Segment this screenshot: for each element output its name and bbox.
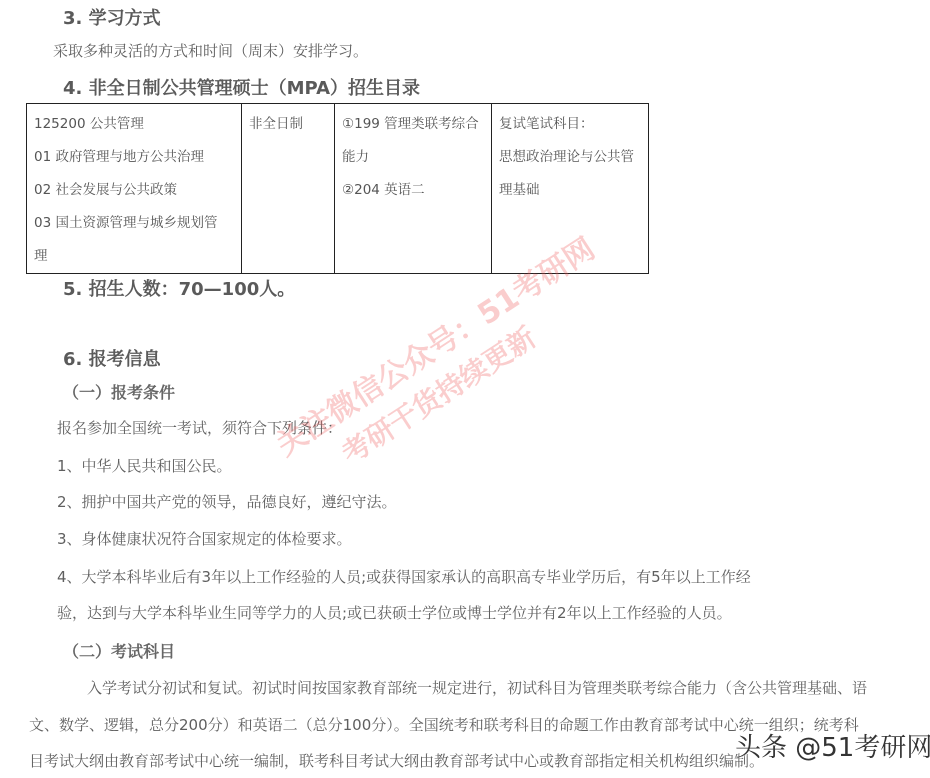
subsection-conditions-title: （一）报考条件: [63, 380, 175, 403]
major-direction-03-cont: 理: [34, 240, 234, 273]
condition-item: 1、中华人民共和国公民。: [57, 455, 232, 476]
subsection-exam-subjects-title: （二）考试科目: [63, 639, 175, 662]
section-3-title: 3. 学习方式: [63, 4, 161, 30]
condition-item: 3、身体健康状况符合国家规定的体检要求。: [57, 528, 352, 549]
retest-subject-cont: 理基础: [499, 174, 641, 207]
major-direction-01: 01 政府管理与地方公共治理: [34, 141, 234, 174]
section-6-title: 6. 报考信息: [63, 345, 161, 371]
exam-subject-2: ②204 英语二: [342, 174, 484, 207]
exam-paragraph-line: 目考试大纲由教育部考试中心统一编制，联考科目考试大纲由教育部考试中心或教育部指定…: [29, 750, 764, 771]
exam-subject-1: ①199 管理类联考综合: [342, 108, 484, 141]
condition-item: 4、大学本科毕业后有3年以上工作经验的人员;或获得国家承认的高职高专毕业学历后，…: [57, 566, 751, 587]
toutiao-logo-watermark: 头条 @51考研网: [735, 727, 930, 764]
exam-paragraph-line: 入学考试分初试和复试。初试时间按国家教育部统一规定进行，初试科目为管理类联考综合…: [57, 677, 867, 698]
condition-item-cont: 验，达到与大学本科毕业生同等学力的人员;或已获硕士学位或博士学位并有2年以上工作…: [57, 602, 732, 623]
study-mode: 非全日制: [249, 108, 327, 141]
major-direction-03: 03 国土资源管理与城乡规划管: [34, 207, 234, 240]
major-cell: 125200 公共管理 01 政府管理与地方公共治理 02 社会发展与公共政策 …: [27, 104, 242, 274]
section-3-body: 采取多种灵活的方式和时间（周末）安排学习。: [53, 40, 368, 61]
exam-subjects-cell: ①199 管理类联考综合 能力 ②204 英语二: [335, 104, 492, 274]
condition-item: 2、拥护中国共产党的领导，品德良好，遵纪守法。: [57, 491, 397, 512]
major-code: 125200 公共管理: [34, 108, 234, 141]
section-4-title: 4. 非全日制公共管理硕士（MPA）招生目录: [63, 74, 420, 100]
major-direction-02: 02 社会发展与公共政策: [34, 174, 234, 207]
section-5-title: 5. 招生人数：70—100人。: [63, 275, 295, 301]
exam-subject-1-cont: 能力: [342, 141, 484, 174]
retest-subject: 思想政治理论与公共管: [499, 141, 641, 174]
retest-label: 复试笔试科目：: [499, 108, 641, 141]
study-mode-cell: 非全日制: [242, 104, 335, 274]
